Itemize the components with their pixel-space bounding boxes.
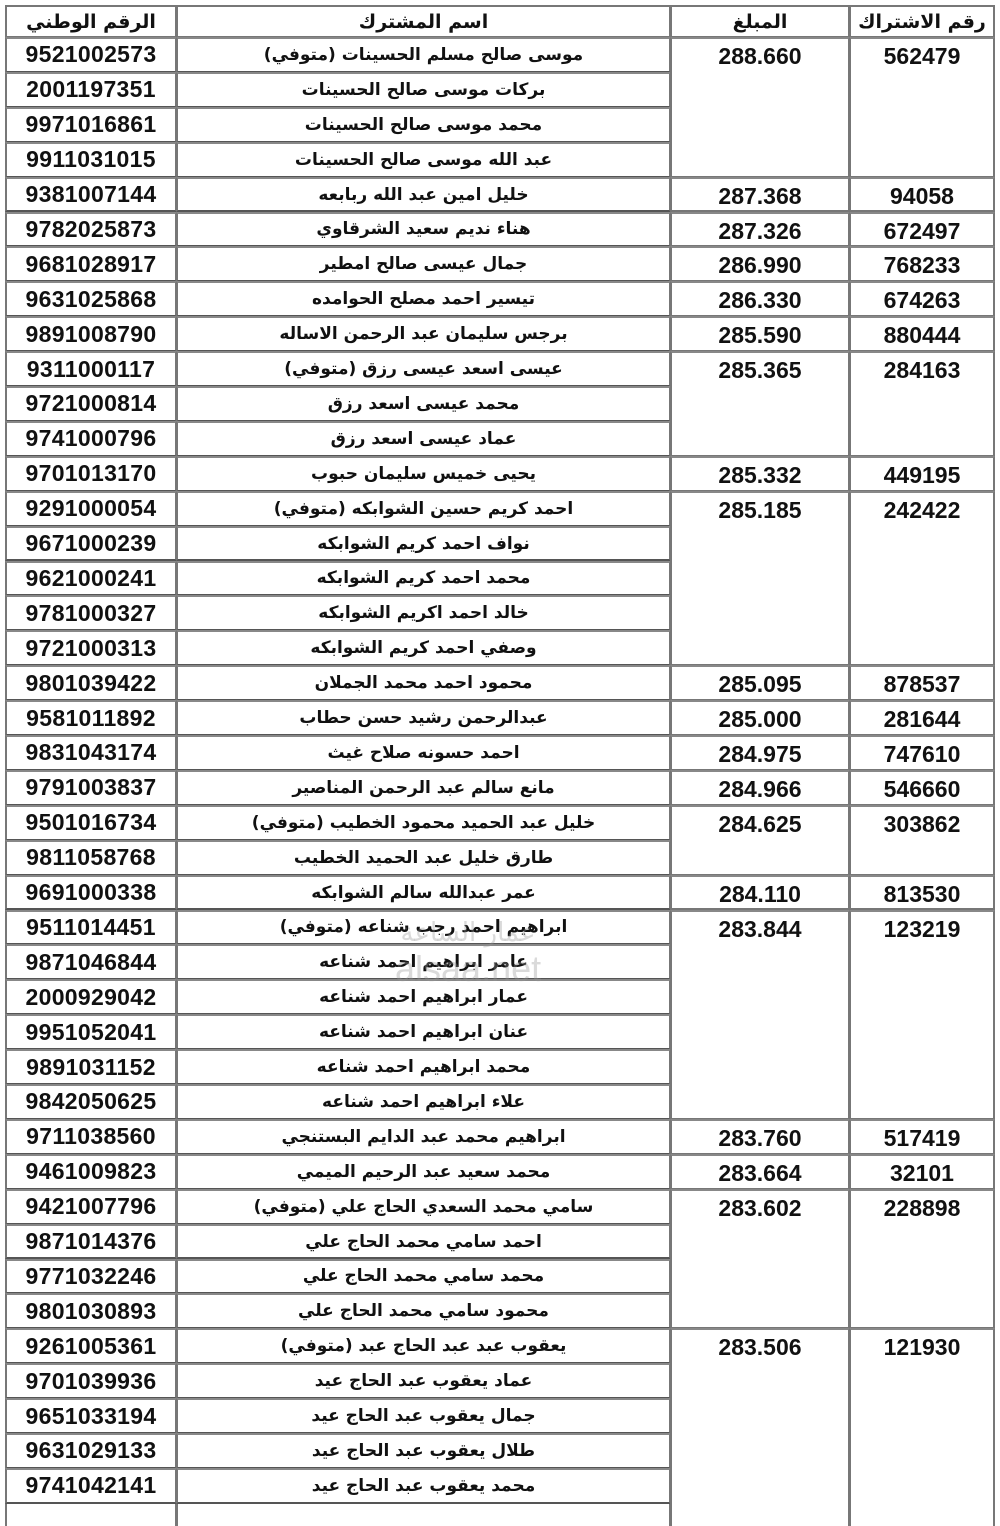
- subscription-no-cell: 672497: [849, 212, 995, 248]
- subscription-no-cell: 32101: [849, 1154, 995, 1190]
- national-id-cell: 9741000796: [5, 421, 177, 457]
- subscriber-name-cell: يحيى خميس سليمان حبوب: [176, 456, 671, 492]
- subscriber-name-cell: محمود احمد محمد الجملان: [176, 665, 671, 701]
- subscriber-name-cell: برجس سليمان عبد الرحمن الاساله: [176, 316, 671, 352]
- subscriber-name-cell: محمود سامي محمد الحاج علي: [176, 1293, 671, 1329]
- national-id-cell: 9781000327: [5, 595, 177, 631]
- national-id-cell: 9651033194: [5, 1398, 177, 1434]
- subscriber-name-cell: عمار ابراهيم احمد شناعه: [176, 979, 671, 1015]
- subscription-no-cell: 303862: [849, 805, 995, 876]
- subscription-no-cell: 878537: [849, 665, 995, 701]
- subscriber-name-cell: محمد سامي محمد الحاج علي: [176, 1259, 671, 1295]
- subscriber-name-cell: تيسير احمد مصلح الحوامده: [176, 281, 671, 317]
- national-id-cell: 9871014376: [5, 1224, 177, 1260]
- national-id-cell: 9521002573: [5, 37, 177, 73]
- subscriber-name-cell: جمال يعقوب عبد الحاج عيد: [176, 1398, 671, 1434]
- subscriber-name-cell: محمد سعيد عبد الرحيم الميمي: [176, 1154, 671, 1190]
- amount-cell: 283.664: [670, 1154, 850, 1190]
- amount-cell: 286.990: [670, 246, 850, 282]
- national-id-cell: 9871046844: [5, 944, 177, 980]
- amount-cell: 285.365: [670, 351, 850, 457]
- national-id-cell: 9701039936: [5, 1363, 177, 1399]
- national-id-cell: 9261005361: [5, 1328, 177, 1364]
- subscriber-name-cell: عبدالرحمن رشيد حسن حطاب: [176, 700, 671, 736]
- subscriber-name-cell: طارق خليل عبد الحميد الخطيب: [176, 840, 671, 876]
- national-id-cell: 9951052041: [5, 1014, 177, 1050]
- national-id-cell: 9801030893: [5, 1293, 177, 1329]
- subscriber-name-cell: موسى صالح مسلم الحسينات (متوفي): [176, 37, 671, 73]
- subscription-no-cell: 880444: [849, 316, 995, 352]
- subscription-no-cell: 674263: [849, 281, 995, 317]
- subscription-no-cell: 747610: [849, 735, 995, 771]
- national-id-cell: 9811058768: [5, 840, 177, 876]
- national-id-cell: 9911031015: [5, 142, 177, 178]
- amount-cell: 283.844: [670, 910, 850, 1120]
- subscriber-name-cell: محمد ابراهيم احمد شناعه: [176, 1049, 671, 1085]
- subscription-no-cell: 562479: [849, 37, 995, 178]
- national-id-cell: 9681028917: [5, 246, 177, 282]
- subscriber-name-cell: محمد يعقوب عبد الحاج عيد: [176, 1468, 671, 1504]
- subscription-no-cell: 546660: [849, 770, 995, 806]
- header-national-id: الرقم الوطني: [5, 5, 177, 38]
- national-id-cell: 9691000338: [5, 875, 177, 911]
- amount-cell: 286.330: [670, 281, 850, 317]
- national-id-cell: 9801039422: [5, 665, 177, 701]
- national-id-cell: 9631025868: [5, 281, 177, 317]
- subscriber-name-cell: ابراهيم محمد عبد الدايم البستنجي: [176, 1119, 671, 1155]
- subscriber-name-cell: بركات موسى صالح الحسينات: [176, 72, 671, 108]
- amount-cell: 285.590: [670, 316, 850, 352]
- amount-cell: 285.000: [670, 700, 850, 736]
- amount-cell: 285.185: [670, 491, 850, 667]
- subscriber-name-cell: ابراهيم احمد رجب شناعه (متوفي): [176, 910, 671, 946]
- header-amount: المبلغ: [670, 5, 850, 38]
- national-id-cell: 9782025873: [5, 212, 177, 248]
- national-id-cell: 9721000814: [5, 386, 177, 422]
- subscriber-name-cell: مانع سالم عبد الرحمن المناصير: [176, 770, 671, 806]
- subscriber-name-cell: علاء ابراهيم احمد شناعه: [176, 1084, 671, 1120]
- national-id-cell: 9621000241: [5, 561, 177, 597]
- national-id-cell: 2000929042: [5, 979, 177, 1015]
- national-id-cell: 9971016861: [5, 107, 177, 143]
- subscriber-name-cell: هناء نديم سعيد الشرقاوي: [176, 212, 671, 248]
- subscriber-name-cell: احمد حسونه صلاح غيث: [176, 735, 671, 771]
- amount-cell: 284.975: [670, 735, 850, 771]
- national-id-cell: 9791003837: [5, 770, 177, 806]
- subscription-no-cell: 284163: [849, 351, 995, 457]
- national-id-cell: 9671000239: [5, 526, 177, 562]
- amount-cell: 287.368: [670, 177, 850, 213]
- subscriber-name-cell: عيسى اسعد عيسى رزق (متوفي): [176, 351, 671, 387]
- amount-cell: 285.332: [670, 456, 850, 492]
- subscriber-name-cell: عامر ابراهيم احمد شناعه: [176, 944, 671, 980]
- national-id-cell: 9842050625: [5, 1084, 177, 1120]
- national-id-cell: 9381007144: [5, 177, 177, 213]
- national-id-cell: 9311000117: [5, 351, 177, 387]
- national-id-cell: 9631029133: [5, 1433, 177, 1469]
- national-id-cell: 9501016734: [5, 805, 177, 841]
- amount-cell: 284.110: [670, 875, 850, 911]
- subscription-no-cell: 121930: [849, 1328, 995, 1526]
- subscription-no-cell: 449195: [849, 456, 995, 492]
- subscription-no-cell: 228898: [849, 1189, 995, 1330]
- amount-cell: 283.602: [670, 1189, 850, 1330]
- amount-cell: 288.660: [670, 37, 850, 178]
- amount-cell: 283.760: [670, 1119, 850, 1155]
- subscriber-name-cell: عماد يعقوب عبد الحاج عيد: [176, 1363, 671, 1399]
- subscription-no-cell: 123219: [849, 910, 995, 1120]
- subscriber-name-cell: محمد عيسى اسعد رزق: [176, 386, 671, 422]
- subscriber-name-cell: يعقوب عبد عبد الحاج عبد (متوفي): [176, 1328, 671, 1364]
- national-id-cell: 9511014451: [5, 910, 177, 946]
- national-id-cell: 9701013170: [5, 456, 177, 492]
- header-subscriber-name: اسم المشترك: [176, 5, 671, 38]
- subscriber-name-cell: احمد كريم حسين الشوابكه (متوفي): [176, 491, 671, 527]
- subscriber-name-cell: سامي محمد السعدي الحاج علي (متوفي): [176, 1189, 671, 1225]
- amount-cell: 283.506: [670, 1328, 850, 1526]
- subscriber-name-cell: نواف احمد كريم الشوابكه: [176, 526, 671, 562]
- subscriber-name-cell: محمد احمد كريم الشوابكه: [176, 561, 671, 597]
- national-id-cell: 9891031152: [5, 1049, 177, 1085]
- national-id-cell: 9741042141: [5, 1468, 177, 1504]
- header-subscription-no: رقم الاشتراك: [849, 5, 995, 38]
- subscriber-name-cell: خليل عبد الحميد محمود الخطيب (متوفي): [176, 805, 671, 841]
- subscriber-name-cell: جمال عيسى صالح امطير: [176, 246, 671, 282]
- national-id-cell: 9711038560: [5, 1119, 177, 1155]
- national-id-cell: 9891008790: [5, 316, 177, 352]
- subscription-no-cell: 242422: [849, 491, 995, 667]
- national-id-cell: 9831043174: [5, 735, 177, 771]
- national-id-cell: 9581011892: [5, 700, 177, 736]
- subscription-no-cell: 813530: [849, 875, 995, 911]
- subscriber-name-cell: احمد سامي محمد الحاج علي: [176, 1224, 671, 1260]
- subscriber-name-cell: عماد عيسى اسعد رزق: [176, 421, 671, 457]
- national-id-cell: 9461009823: [5, 1154, 177, 1190]
- national-id-cell: 9291000054: [5, 491, 177, 527]
- subscription-no-cell: 94058: [849, 177, 995, 213]
- national-id-cell: 9721000313: [5, 630, 177, 666]
- subscriber-name-cell: خليل امين عبد الله ربابعه: [176, 177, 671, 213]
- national-id-cell: 2001197351: [5, 72, 177, 108]
- amount-cell: 284.625: [670, 805, 850, 876]
- amount-cell: 284.966: [670, 770, 850, 806]
- subscriber-name-cell: محمد موسى صالح الحسينات: [176, 107, 671, 143]
- subscription-no-cell: 281644: [849, 700, 995, 736]
- subscriber-name-cell: عمر عبدالله سالم الشوابكه: [176, 875, 671, 911]
- amount-cell: 285.095: [670, 665, 850, 701]
- subscription-no-cell: 768233: [849, 246, 995, 282]
- amount-cell: 287.326: [670, 212, 850, 248]
- subscriber-name-cell: خالد احمد اكريم الشوابكه: [176, 595, 671, 631]
- national-id-cell: 9421007796: [5, 1189, 177, 1225]
- subscribers-table: الرقم الوطني اسم المشترك المبلغ رقم الاش…: [5, 5, 995, 1526]
- national-id-cell: 9771032246: [5, 1259, 177, 1295]
- subscriber-name-cell: عنان ابراهيم احمد شناعه: [176, 1014, 671, 1050]
- subscriber-name-cell: طلال يعقوب عبد الحاج عيد: [176, 1433, 671, 1469]
- subscriber-name-cell: عبد الله موسى صالح الحسينات: [176, 142, 671, 178]
- subscription-no-cell: 517419: [849, 1119, 995, 1155]
- subscriber-name-cell: وصفي احمد كريم الشوابكه: [176, 630, 671, 666]
